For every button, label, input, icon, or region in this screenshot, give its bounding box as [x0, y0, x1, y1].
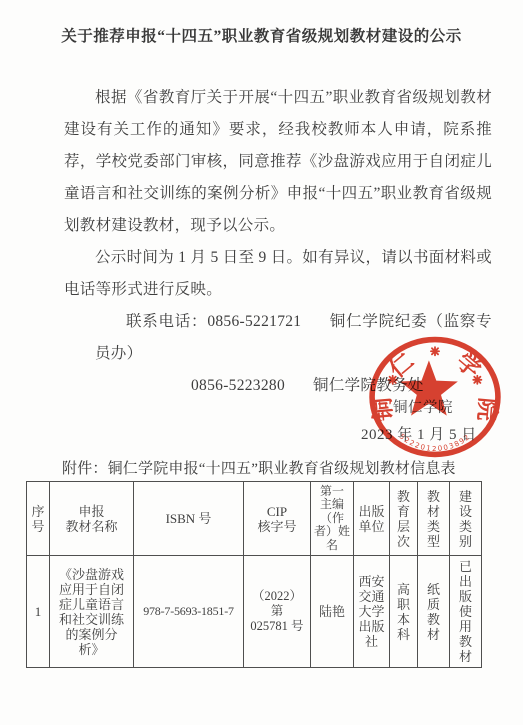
contact-label: 联系电话： [126, 313, 207, 330]
body-paragraph-1: 根据《省教育厅关于开展“十四五”职业教育省级规划教材建设有关工作的通知》要求，经… [64, 82, 492, 242]
cell-education-level: 高 职 本 科 [390, 556, 418, 668]
cell-editor: 陆艳 [311, 556, 354, 668]
cell-isbn: 978-7-5693-1851-7 [134, 556, 244, 668]
header-editor: 第一 主编 （作 者）姓 名 [311, 482, 354, 556]
cell-textbook-type: 纸 质 教 材 [418, 556, 450, 668]
seal-flower-icon [473, 376, 481, 384]
seal-ring-char: 仁 [383, 347, 419, 383]
cell-construction-category: 已 出 版 使 用 教 材 [450, 556, 482, 668]
seal-flower-icon [431, 347, 439, 355]
header-isbn: ISBN 号 [134, 482, 244, 556]
contact-phone-1: 0856-5221721 [207, 313, 301, 330]
announcement-document-page: 关于推荐申报“十四五”职业教育省级规划教材建设的公示 根据《省教育厅关于开展“十… [0, 0, 523, 725]
cell-textbook-name: 《沙盘游戏应用于自闭症儿童语言和社交训练的案例分析》 [50, 556, 134, 668]
page-title: 关于推荐申报“十四五”职业教育省级规划教材建设的公示 [0, 24, 523, 46]
table-header-row: 序 号 申报 教材名称 ISBN 号 CIP 核字号 第一 主编 （作 者）姓 … [27, 482, 482, 556]
header-textbook-name: 申报 教材名称 [50, 482, 134, 556]
seal-ring-char: 铜 [368, 396, 398, 423]
seal-ring-char: 院 [472, 397, 501, 423]
header-construction-category: 建 设 类 别 [450, 482, 482, 556]
header-serial: 序 号 [27, 482, 50, 556]
header-education-level: 教 育 层 次 [390, 482, 418, 556]
cell-publisher: 西安 交通 大学 出版 社 [354, 556, 390, 668]
header-textbook-type: 教 材 类 型 [418, 482, 450, 556]
header-publisher: 出版 单位 [354, 482, 390, 556]
cell-cip: （2022）第 025781 号 [244, 556, 311, 668]
table-row: 1 《沙盘游戏应用于自闭症儿童语言和社交训练的案例分析》 978-7-5693-… [27, 556, 482, 668]
attachment-title: 附件：铜仁学院申报“十四五”职业教育省级规划教材信息表 [62, 457, 456, 478]
seal-ring-char: 学 [451, 347, 487, 383]
cell-serial: 1 [27, 556, 50, 668]
header-cip: CIP 核字号 [244, 482, 311, 556]
contact-phone-2: 0856-5223280 [191, 377, 285, 394]
seal-flower-icon [389, 376, 397, 384]
textbook-info-table: 序 号 申报 教材名称 ISBN 号 CIP 核字号 第一 主编 （作 者）姓 … [26, 481, 482, 668]
body-paragraph-2: 公示时间为 1 月 5 日至 9 日。如有异议，请以书面材料或电话等形式进行反映… [64, 242, 492, 306]
official-seal-stamp: 铜 仁 学 院 5222012003892 [367, 335, 503, 459]
